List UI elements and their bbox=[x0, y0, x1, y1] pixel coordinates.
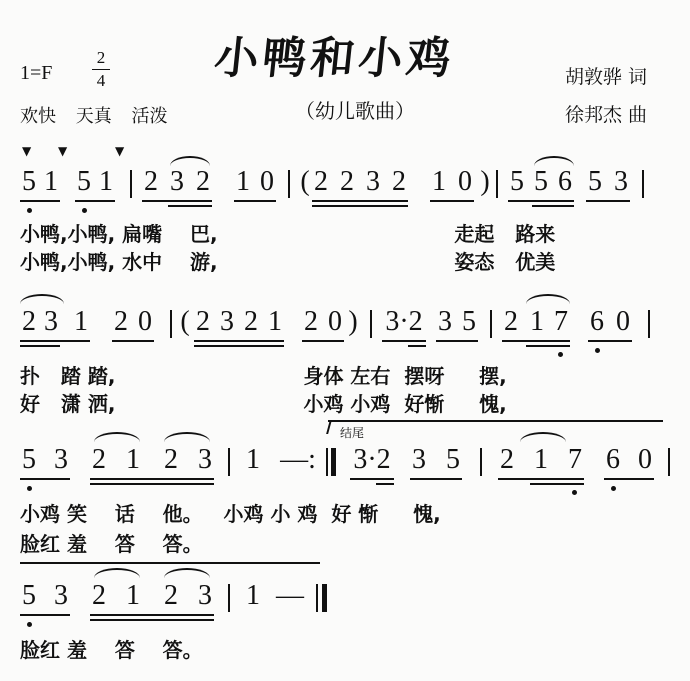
score-line-3: 53 2123 1—: 3·2 35 217 60 bbox=[20, 444, 670, 484]
key-signature: 1=F bbox=[20, 62, 52, 85]
score-line-4: 53 2123 1— bbox=[20, 580, 670, 620]
score-line-2: 231 20 ( 2321 20) 3·2 35 217 60 bbox=[20, 306, 670, 346]
time-sig-top: 2 bbox=[92, 48, 110, 68]
lyrics-line-2-verse-1: 扑 踏 踏, 身体 左右 摆呀 摆, bbox=[20, 360, 507, 389]
composer-credit: 徐邦杰 曲 bbox=[565, 100, 647, 127]
coda-bracket bbox=[20, 562, 320, 564]
ending-label: 结尾 bbox=[340, 424, 364, 441]
lyrics-line-3-verse-1: 小鸡 笑 话 他。 小鸡 小 鸡 好 惭 愧, bbox=[20, 498, 441, 527]
lyricist-credit: 胡敦骅 词 bbox=[565, 62, 647, 89]
time-signature: 2 4 bbox=[92, 48, 110, 91]
ending-bracket-left bbox=[326, 420, 332, 434]
song-title: 小鸭和小鸡 bbox=[212, 22, 459, 86]
lyrics-line-4: 脸红 羞 答 答。 bbox=[20, 634, 203, 663]
lyrics-line-1-verse-1: 小鸭,小鸭, 扁嘴 巴, 走起 路来 bbox=[20, 218, 555, 247]
lyrics-line-3-verse-2: 脸红 羞 答 答。 bbox=[20, 528, 203, 557]
time-sig-bottom: 4 bbox=[92, 71, 110, 91]
ending-bracket bbox=[328, 420, 663, 422]
lyrics-line-1-verse-2: 小鸭,小鸭, 水中 游, 姿态 优美 bbox=[20, 246, 555, 275]
tempo-marking: 欢快 天真 活泼 bbox=[20, 102, 167, 128]
song-subtitle: （幼儿歌曲） bbox=[295, 95, 415, 124]
lyrics-line-2-verse-2: 好 潇 洒, 小鸡 小鸡 好惭 愧, bbox=[20, 388, 507, 417]
score-line-1: ▼▼▼ 51 51 232 10 ( 2232 10) 556 53 bbox=[20, 166, 670, 206]
